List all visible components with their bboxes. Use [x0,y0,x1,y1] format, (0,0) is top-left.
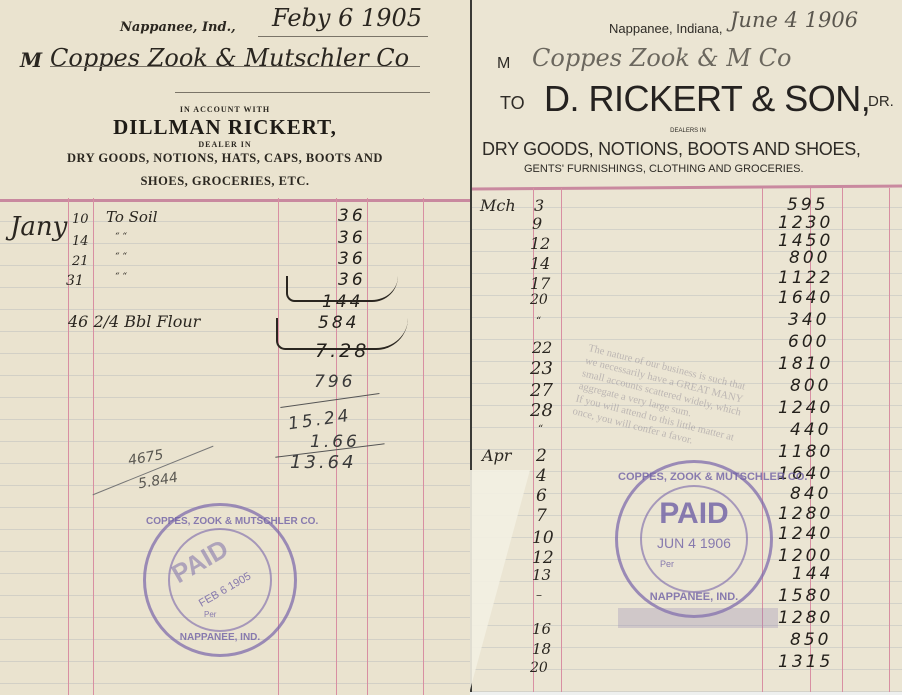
entry-day: 10 [532,528,554,548]
entry-item: “ “ [115,272,127,282]
entry-amount: 1580 [778,586,833,606]
recipient-name: Coppes Zook & Mutschler Co [50,44,409,72]
sum-bracket [276,318,408,350]
recipient-prefix: M [20,48,42,72]
entry-day: 16 [532,620,551,638]
entry-amount: 36 [338,249,366,269]
stamp-bottom-text: NAPPANEE, IND. [146,632,294,643]
entry-amount: 36 [338,228,366,248]
entry-day: 14 [530,254,550,273]
entry-amount: 1122 [778,268,833,288]
entry-amount: 36 [338,206,366,226]
entry-amount: 1200 [778,546,833,566]
entry-day: 3 [534,196,544,215]
column-rule [423,198,424,695]
entry-amount: 1240 [778,398,833,418]
entry-day: 20 [530,660,548,676]
sum-bracket [286,276,398,302]
entry-day: 2 [536,446,547,466]
entry-item: 46 2/4 Bbl Flour [68,312,200,331]
entry-day: “ [536,316,541,327]
paid-stamp: COPPES, ZOOK & MUTSCHLER CO. PAID FEB 6 … [143,503,297,657]
entry-item: “ “ [115,232,127,242]
goods-line-2: SHOES, GROCERIES, ETC. [0,174,450,189]
bill-date: June 4 1906 [730,8,858,32]
entry-day: 4 [536,466,547,486]
entry-day: 20 [530,292,548,308]
entry-amount: 796 [314,372,355,392]
entry-amount: 1180 [778,442,833,462]
goods-line-2: GENTS' FURNISHINGS, CLOTHING AND GROCERI… [524,163,804,175]
merchant-name: D. RICKERT & SON, [544,78,870,120]
date-line [258,36,428,37]
folded-corner [470,470,530,690]
entry-amount: 595 [787,195,828,215]
entry-day: 21 [72,254,89,269]
column-rule [889,188,890,692]
entry-amount: 1640 [778,288,833,308]
stamp-date: JUN 4 1906 [618,535,770,551]
column-rule [842,188,843,692]
entry-amount: 1230 [778,213,833,233]
entry-day: 12 [530,234,550,253]
entry-day: 27 [530,380,553,401]
to-label: TO [500,93,525,114]
column-rule [93,198,94,695]
left-bill: Nappanee, Ind., Feby 6 1905 M Coppes Zoo… [0,0,470,695]
entry-amount: 840 [790,484,831,504]
recipient-name: Coppes Zook & M Co [532,44,791,72]
entry-amount: 1240 [778,524,833,544]
entry-amount: 800 [790,376,831,396]
merchant-name: DILLMAN RICKERT, [0,115,450,140]
entry-amount: 850 [790,630,831,650]
stamp-ring-text: COPPES, ZOOK & MUTSCHLER CO. [146,516,294,527]
dr-label: DR. [868,93,894,110]
entry-amount: 1280 [778,608,833,628]
header-rule [0,199,470,202]
goods-line-1: DRY GOODS, NOTIONS, HATS, CAPS, BOOTS AN… [0,151,450,166]
entry-day: 7 [536,506,547,526]
entry-day: 17 [530,274,550,293]
entry-day: 6 [536,486,547,506]
bill-date: Feby 6 1905 [272,4,422,32]
place-label: Nappanee, Ind., [120,20,236,35]
dealer-in: DEALER IN [0,140,450,149]
stamp-bottom-text: NAPPANEE, IND. [618,591,770,603]
entry-day: 12 [532,548,554,568]
recipient-line-2 [175,92,430,93]
entry-day: 18 [532,640,551,658]
entry-day: 13 [532,566,551,584]
entry-day: “ [538,424,543,435]
entry-day: 31 [66,273,84,289]
statement-label: STATEMENT OF [622,0,687,2]
goods-line-1: DRY GOODS, NOTIONS, BOOTS AND SHOES, [482,139,861,160]
in-account-with: IN ACCOUNT WITH [0,105,450,114]
dealers-in: DEALERS IN [472,128,902,134]
recipient-line [50,66,420,67]
paid-stamp: COPPES, ZOOK & MUTSCHLER CO. PAID JUN 4 … [615,460,773,618]
entry-item: “ “ [115,252,127,262]
entry-month: Jany [10,212,67,242]
stamp-smudge [618,608,778,628]
entry-day: 9 [532,214,542,233]
column-rule [561,188,562,692]
entry-amount: 1315 [778,652,833,672]
stamp-ring-text: COPPES, ZOOK & MUTSCHLER CO. [618,471,770,483]
entry-day: 22 [532,338,552,357]
entry-amount: 800 [789,248,830,268]
entry-day: 23 [530,358,553,379]
stamp-paid: PAID [618,497,770,531]
entry-month: Mch [480,196,516,215]
entry-amount: 600 [788,332,829,352]
entry-item: To Soil [106,208,158,226]
entry-day: 14 [72,234,89,249]
entry-amount: 1280 [778,504,833,524]
right-bill: STATEMENT OF Nappanee, Indiana, June 4 1… [470,0,902,692]
stamp-per: Per [204,610,216,619]
entry-amount: 1810 [778,354,833,374]
entry-amount: 144 [792,564,833,584]
entry-day: 28 [530,400,553,421]
entry-day: – [536,588,542,602]
entry-amount: 440 [790,420,831,440]
entry-amount: 340 [788,310,829,330]
entry-day: 10 [72,212,89,227]
stamp-per: Per [660,559,674,569]
recipient-prefix: M [497,55,510,73]
entry-month: Apr [482,446,511,465]
place-label: Nappanee, Indiana, [609,21,722,36]
